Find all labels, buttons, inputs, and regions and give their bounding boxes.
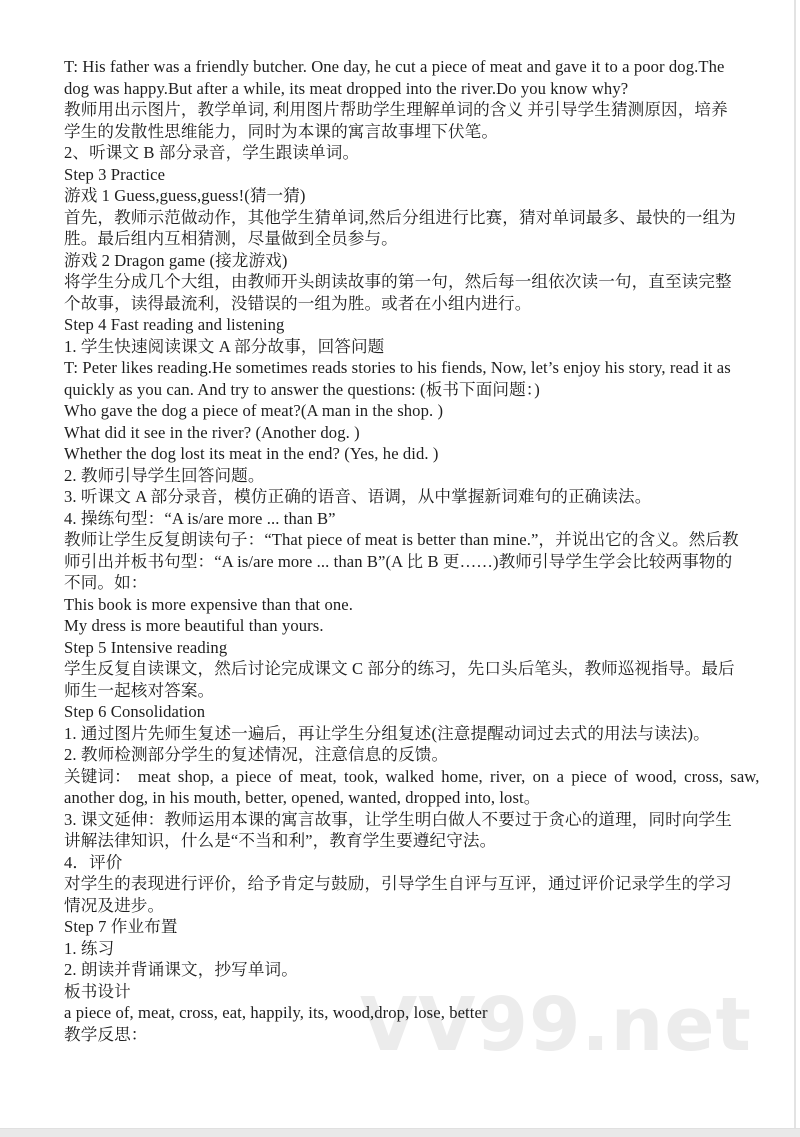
document-line: a piece of, meat, cross, eat, happily, i… — [64, 1002, 744, 1024]
document-line: 1. 学生快速阅读课文 A 部分故事，回答问题 — [64, 336, 744, 358]
document-line: 学生的发散性思维能力，同时为本课的寓言故事埋下伏笔。 — [64, 121, 744, 143]
document-page: VV99.net T: His father was a friendly bu… — [0, 0, 800, 1137]
document-line: 胜。最后组内互相猜测，尽量做到全员参与。 — [64, 228, 744, 250]
document-line: Step 7 作业布置 — [64, 916, 744, 938]
document-line: dog was happy.But after a while, its mea… — [64, 78, 744, 100]
document-line: another dog, in his mouth, better, opene… — [64, 787, 744, 809]
document-line: 2. 朗读并背诵课文，抄写单词。 — [64, 959, 744, 981]
document-line: 将学生分成几个大组，由教师开头朗读故事的第一句，然后每一组依次读一句，直至读完整 — [64, 271, 744, 293]
document-line: 2. 教师检测部分学生的复述情况，注意信息的反馈。 — [64, 744, 744, 766]
document-line: 2、听课文 B 部分录音，学生跟读单词。 — [64, 142, 744, 164]
document-line: Step 3 Practice — [64, 164, 744, 186]
document-line: 学生反复自读课文，然后讨论完成课文 C 部分的练习，先口头后笔头，教师巡视指导。… — [64, 658, 744, 680]
document-line: What did it see in the river? (Another d… — [64, 422, 744, 444]
document-line: 师生一起核对答案。 — [64, 680, 744, 702]
document-line: 3. 听课文 A 部分录音，模仿正确的语音、语调，从中掌握新词难句的正确读法。 — [64, 486, 744, 508]
document-line: 首先，教师示范做动作，其他学生猜单词,然后分组进行比赛，猜对单词最多、最快的一组… — [64, 207, 744, 229]
document-line: 对学生的表现进行评价，给予肯定与鼓励，引导学生自评与互评，通过评价记录学生的学习 — [64, 873, 744, 895]
document-line: Whether the dog lost its meat in the end… — [64, 443, 744, 465]
page-right-edge-line — [794, 0, 796, 1137]
document-line: 板书设计 — [64, 981, 744, 1003]
document-line: 情况及进步。 — [64, 895, 744, 917]
document-line: My dress is more beautiful than yours. — [64, 615, 744, 637]
document-line: quickly as you can. And try to answer th… — [64, 379, 744, 401]
document-content: T: His father was a friendly butcher. On… — [64, 56, 744, 1045]
document-line: Step 5 Intensive reading — [64, 637, 744, 659]
document-line: 师引出并板书句型：“A is/are more ... than B”(A 比 … — [64, 551, 744, 573]
document-line: 3. 课文延伸：教师运用本课的寓言故事，让学生明白做人不要过于贪心的道理，同时向… — [64, 809, 744, 831]
document-line: 教师用出示图片，教学单词, 利用图片帮助学生理解单词的含义 并引导学生猜测原因，… — [64, 99, 744, 121]
document-line: 4. 操练句型：“A is/are more ... than B” — [64, 508, 744, 530]
document-line: 讲解法律知识，什么是“不当和利”，教育学生要遵纪守法。 — [64, 830, 744, 852]
document-line: 1. 通过图片先师生复述一遍后，再让学生分组复述(注意提醒动词过去式的用法与读法… — [64, 723, 744, 745]
document-line: 不同。如： — [64, 572, 744, 594]
document-line: 1. 练习 — [64, 938, 744, 960]
scan-bottom-band — [0, 1128, 800, 1137]
document-line: T: Peter likes reading.He sometimes read… — [64, 357, 744, 379]
document-line: 游戏 1 Guess,guess,guess!(猜一猜) — [64, 185, 744, 207]
document-line: 个故事，读得最流利，没错误的一组为胜。或者在小组内进行。 — [64, 293, 744, 315]
document-line: 2. 教师引导学生回答问题。 — [64, 465, 744, 487]
document-line: 关键词： meat shop, a piece of meat, took, w… — [64, 766, 744, 788]
document-line: 教学反思： — [64, 1024, 744, 1046]
document-line: T: His father was a friendly butcher. On… — [64, 56, 744, 78]
document-line: 4．评价 — [64, 852, 744, 874]
document-line: Step 4 Fast reading and listening — [64, 314, 744, 336]
document-line: 教师让学生反复朗读句子：“That piece of meat is bette… — [64, 529, 744, 551]
document-line: This book is more expensive than that on… — [64, 594, 744, 616]
document-line: 游戏 2 Dragon game (接龙游戏) — [64, 250, 744, 272]
document-line: Step 6 Consolidation — [64, 701, 744, 723]
document-line: Who gave the dog a piece of meat?(A man … — [64, 400, 744, 422]
